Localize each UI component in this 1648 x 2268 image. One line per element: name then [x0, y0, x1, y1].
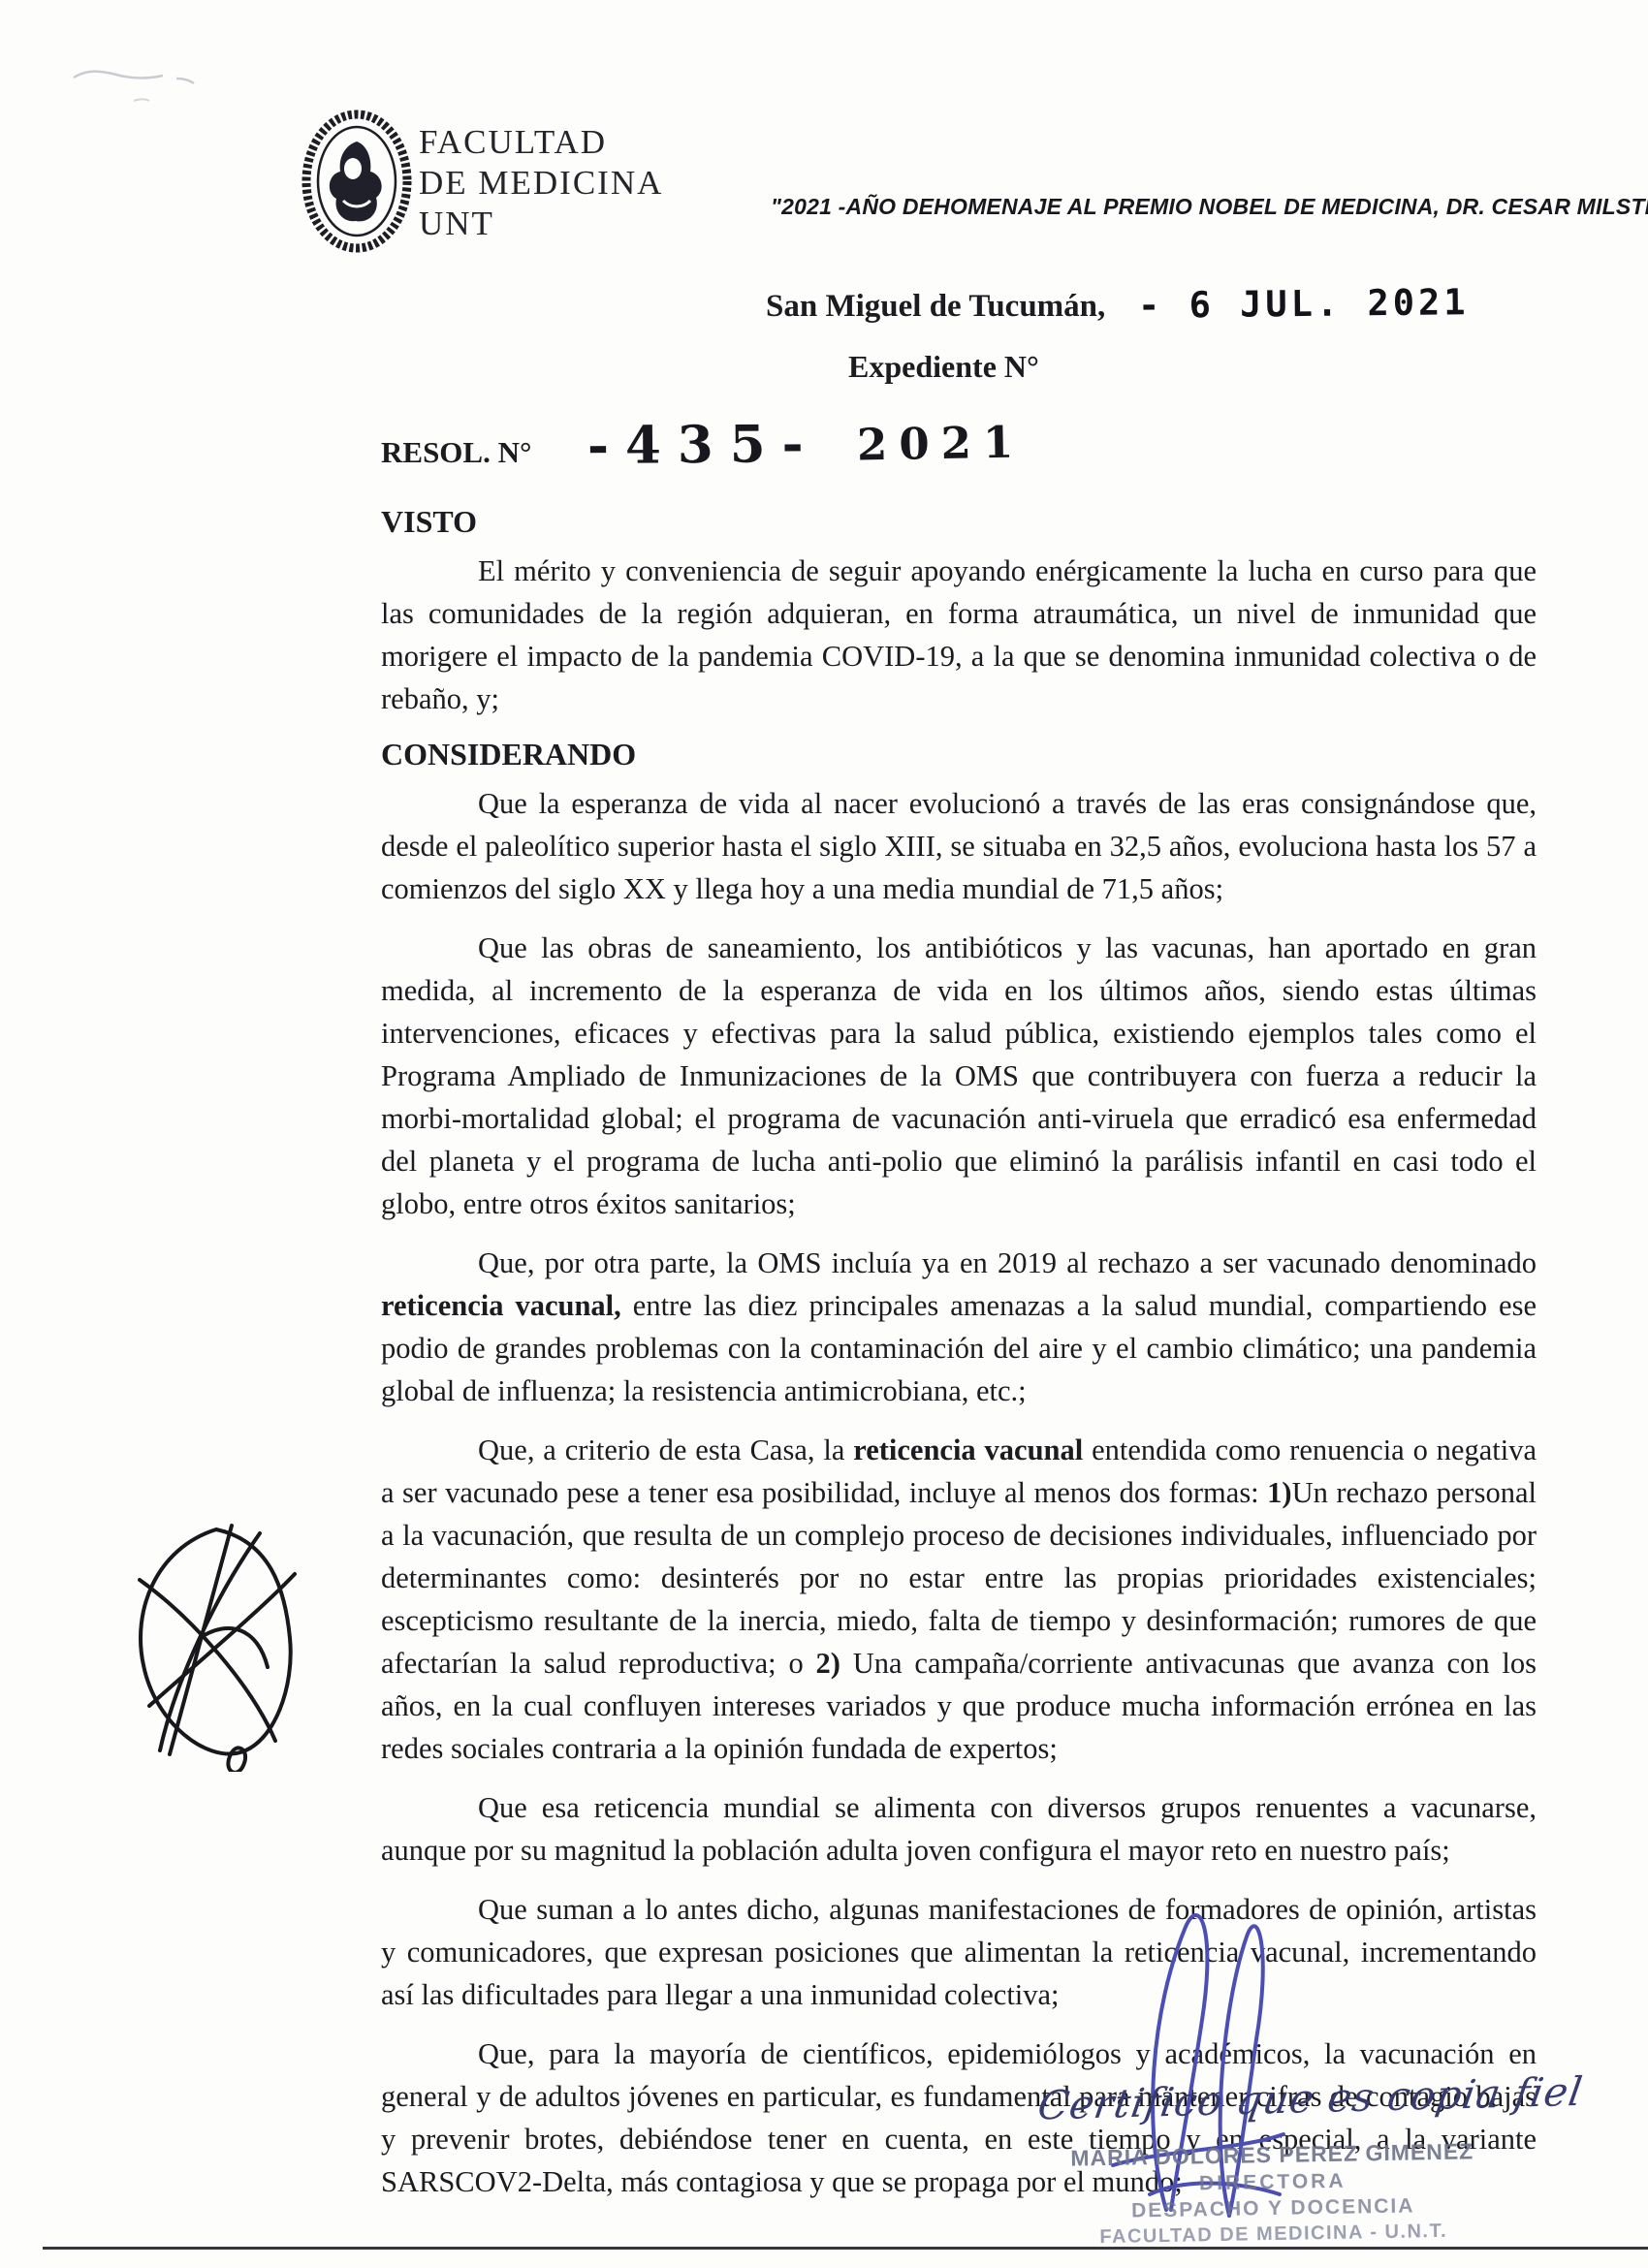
pencil-mark	[66, 50, 221, 118]
document-body: RESOL. N° -435- 2021 VISTO El mérito y c…	[381, 415, 1537, 2220]
org-name-line1: FACULTAD	[419, 122, 663, 163]
faculty-seal-logo	[301, 109, 413, 254]
org-name-line2: DE MEDICINA	[419, 163, 663, 204]
paragraph-opinion-makers: Que suman a lo antes dicho, algunas mani…	[381, 1888, 1537, 2016]
resol-label: RESOL. N°	[381, 435, 531, 470]
date-line: San Miguel de Tucumán, - 6 JUL. 2021	[766, 283, 1470, 325]
paragraph-visto: El mérito y conveniencia de seguir apoya…	[381, 550, 1537, 720]
paragraph-oms-2019: Que, por otra parte, la OMS incluía ya e…	[381, 1242, 1537, 1412]
expediente-label: Expediente N°	[848, 349, 1039, 385]
visto-heading: VISTO	[381, 504, 1537, 540]
scan-edge-line	[43, 2247, 1648, 2250]
paragraph-two-forms: Que, a criterio de esta Casa, la reticen…	[381, 1429, 1537, 1770]
org-name: FACULTAD DE MEDICINA UNT	[419, 122, 663, 244]
date-stamp: - 6 JUL. 2021	[1138, 281, 1470, 327]
considerando-heading: CONSIDERANDO	[381, 737, 1537, 772]
paragraph-sanitation-vaccines: Que las obras de saneamiento, los antibi…	[381, 927, 1537, 1225]
paragraph-life-expectancy: Que la esperanza de vida al nacer evoluc…	[381, 782, 1537, 910]
year-motto: "2021 -AÑO DEHOMENAJE AL PREMIO NOBEL DE…	[771, 194, 1624, 220]
margin-scribble	[114, 1520, 323, 1772]
resol-year-stamp: 2021	[857, 416, 1026, 470]
city-label: San Miguel de Tucumán,	[766, 289, 1105, 325]
paragraph-world-reticence: Que esa reticencia mundial se alimenta c…	[381, 1786, 1537, 1872]
org-name-line3: UNT	[419, 204, 663, 244]
scanned-resolution-page: FACULTAD DE MEDICINA UNT "2021 -AÑO DEHO…	[0, 0, 1648, 2268]
resolution-number-line: RESOL. N° -435- 2021	[381, 415, 1537, 490]
resol-number-stamp: -435-	[587, 414, 820, 476]
director-stamp: MARIA DOLORES PEREZ GIMENEZ DIRECTORA DE…	[1044, 2136, 1502, 2252]
